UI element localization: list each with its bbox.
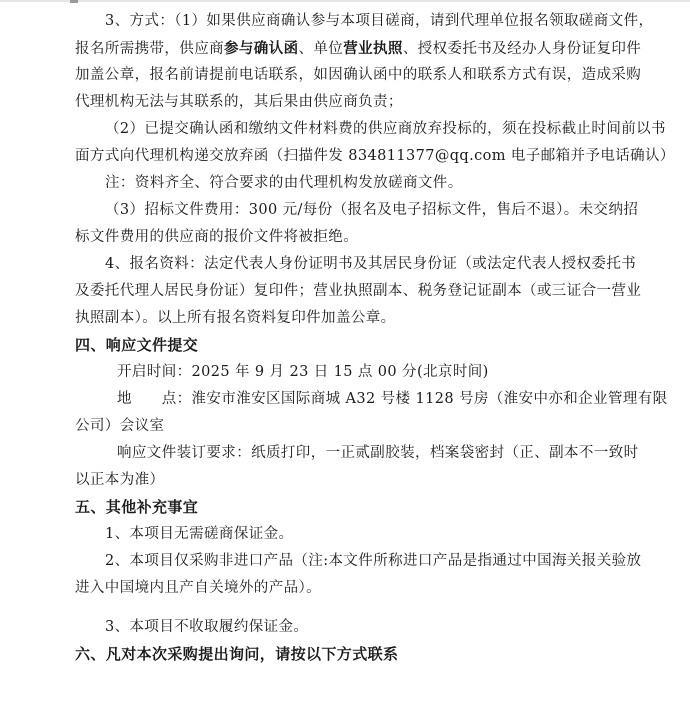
- binding-requirements-line-1: 响应文件装订要求：纸质打印，一正贰副胶装，档案袋密封（正、副本不一致时: [75, 440, 623, 467]
- spacer: [75, 602, 623, 614]
- method-para-1-line-2: 报名所需携带，供应商参与确认函、单位营业执照、授权委托书及经办人身份证复印件: [75, 35, 623, 62]
- text: 、授权委托书及经办人身份证复印件: [403, 41, 641, 57]
- section-4-heading: 四、响应文件提交: [75, 332, 623, 359]
- registration-materials-line-2: 及委托代理人居民身份证）复印件；营业执照副本、税务登记证副本（或三证合一营业: [75, 278, 623, 305]
- supplement-item-2-line-1: 2、本项目仅采购非进口产品（注:本文件所称进口产品是指通过中国海关报关验放: [75, 548, 623, 575]
- document-page: 3、方式：（1）如果供应商确认参与本项目磋商，请到代理单位报名领取磋商文件， 报…: [75, 8, 623, 668]
- bold-business-license: 营业执照: [343, 40, 403, 57]
- open-time: 开启时间：2025 年 9 月 23 日 15 点 00 分(北京时间): [75, 359, 623, 386]
- fee-para-line-1: （3）招标文件费用：300 元/每份（报名及电子招标文件，售后不退）。未交纳招: [75, 197, 623, 224]
- binding-requirements-line-2: 以正本为准）: [75, 467, 623, 494]
- method-para-1-line-3: 加盖公章，报名前请提前电话联系，如因确认函中的联系人和联系方式有误，造成采购: [75, 62, 623, 89]
- supplement-item-2-line-2: 进入中国境内且产自关境外的产品）。: [75, 575, 623, 602]
- text: 、单位: [299, 41, 344, 57]
- method-para-1-line-4: 代理机构无法与其联系的，其后果由供应商负责；: [75, 89, 623, 116]
- supplement-item-3: 3、本项目不收取履约保证金。: [75, 614, 623, 641]
- method-para-2-line-1: （2）已提交确认函和缴纳文件材料费的供应商放弃投标的，须在投标截止时间前以书: [75, 116, 623, 143]
- registration-materials-line-3: 执照副本）。以上所有报名资料复印件加盖公章。: [75, 305, 623, 332]
- page-top-mark: [70, 0, 78, 3]
- fee-para-line-2: 标文件费用的供应商的报价文件将被拒绝。: [75, 224, 623, 251]
- section-6-heading: 六、凡对本次采购提出询问，请按以下方式联系: [75, 641, 623, 668]
- page-top-border: [0, 0, 690, 2]
- bold-confirmation-letter: 参与确认函: [224, 40, 299, 57]
- section-5-heading: 五、其他补充事宜: [75, 494, 623, 521]
- method-para-2-line-2: 面方式向代理机构递交放弃函（扫描件发 834811377@qq.com 电子邮箱…: [75, 143, 623, 170]
- registration-materials-line-1: 4、报名资料：法定代表人身份证明书及其居民身份证（或法定代表人授权委托书: [75, 251, 623, 278]
- note-line: 注：资料齐全、符合要求的由代理机构发放磋商文件。: [75, 170, 623, 197]
- location-line-2: 公司）会议室: [75, 413, 623, 440]
- text: 报名所需携带，供应商: [75, 41, 224, 57]
- method-para-1-line-1: 3、方式：（1）如果供应商确认参与本项目磋商，请到代理单位报名领取磋商文件，: [75, 8, 623, 35]
- location-line-1: 地 点：淮安市淮安区国际商城 A32 号楼 1128 号房（淮安中亦和企业管理有…: [75, 386, 623, 413]
- supplement-item-1: 1、本项目无需磋商保证金。: [75, 521, 623, 548]
